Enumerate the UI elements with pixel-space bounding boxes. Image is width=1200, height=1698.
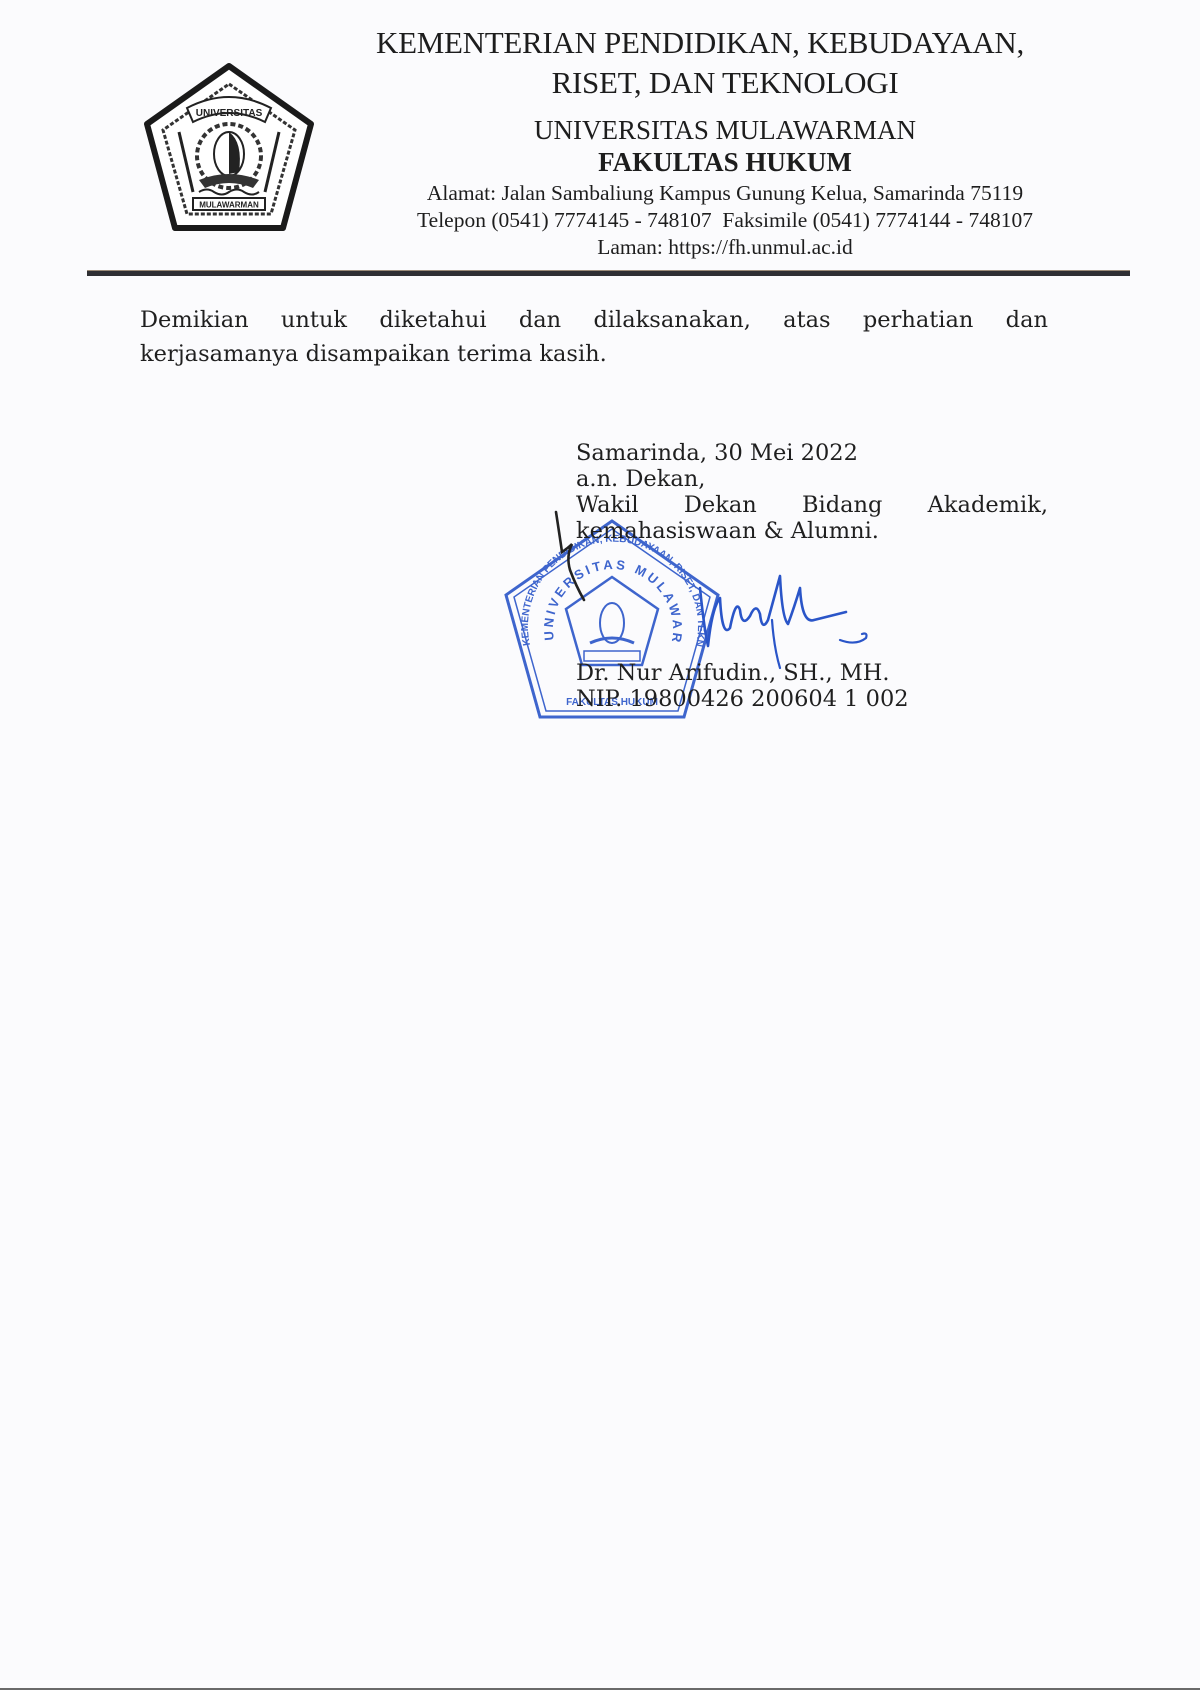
position-line-1: Wakil Dekan Bidang Akademik, — [576, 492, 1048, 518]
faculty-name: FAKULTAS HUKUM — [410, 146, 1040, 178]
website-line: Laman: https://fh.unmul.ac.id — [410, 234, 1040, 261]
letterhead: KEMENTERIAN PENDIDIKAN, KEBUDAYAAN, RISE… — [330, 24, 1040, 261]
address-line: Alamat: Jalan Sambaliung Kampus Gunung K… — [410, 180, 1040, 207]
closing-paragraph: Demikian untuk diketahui dan dilaksanaka… — [140, 303, 1048, 371]
ministry-line-2: RISET, DAN TEKNOLOGI — [410, 64, 1040, 102]
position-line-2: kemahasiswaan & Alumni. — [576, 518, 1048, 544]
paragraph-line-1: Demikian untuk diketahui dan dilaksanaka… — [140, 303, 1048, 337]
phone-fax-line: Telepon (0541) 7774145 - 748107 Faksimil… — [410, 207, 1040, 234]
university-name: UNIVERSITAS MULAWARMAN — [410, 114, 1040, 146]
pen-paraf-icon — [548, 508, 598, 608]
place-date: Samarinda, 30 Mei 2022 — [576, 440, 1048, 466]
on-behalf-of: a.n. Dekan, — [576, 466, 1048, 492]
signatory-nip: NIP. 19800426 200604 1 002 — [576, 686, 1048, 712]
handwritten-signature-icon — [690, 568, 880, 678]
svg-text:MULAWARMAN: MULAWARMAN — [199, 201, 259, 210]
letterhead-divider — [87, 270, 1130, 276]
page-bottom-edge — [0, 1688, 1200, 1698]
ministry-line-1: KEMENTERIAN PENDIDIKAN, KEBUDAYAAN, — [360, 24, 1040, 62]
svg-text:UNIVERSITAS: UNIVERSITAS — [196, 108, 263, 119]
paragraph-line-2: kerjasamanya disampaikan terima kasih. — [140, 341, 607, 367]
university-logo-icon: UNIVERSITAS MULAWARMAN — [143, 62, 315, 234]
